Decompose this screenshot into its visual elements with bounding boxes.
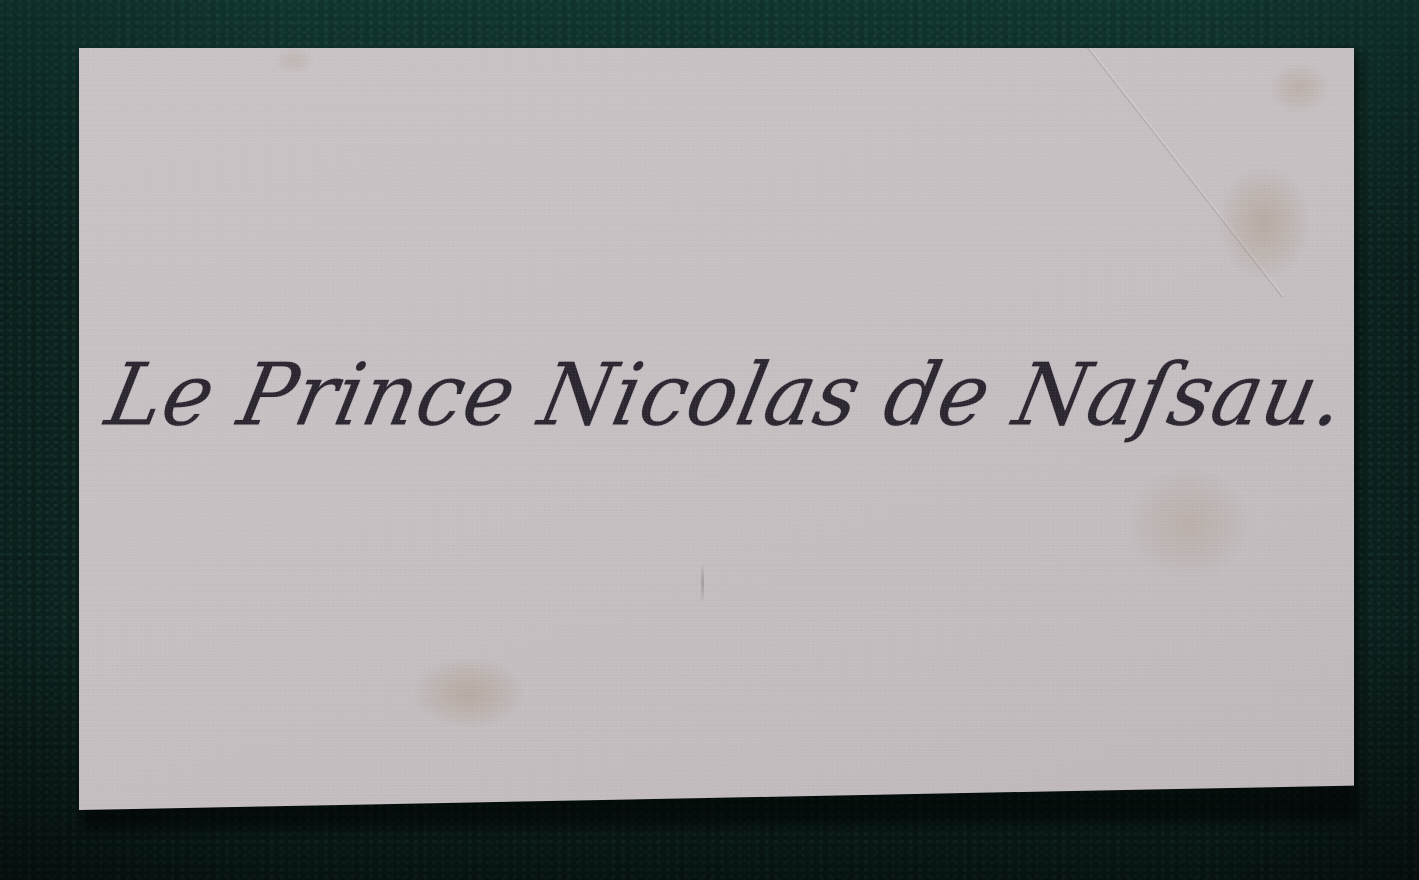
card-stain — [414, 658, 524, 728]
card-stain — [274, 48, 314, 73]
card-name-text: Le Prince Nicolas de Naſsau. — [79, 346, 1354, 446]
card-stain — [1129, 468, 1249, 578]
card-stain — [1219, 168, 1309, 278]
card-stain — [1269, 63, 1329, 113]
calling-card: Le Prince Nicolas de Naſsau. — [79, 48, 1354, 810]
card-mark — [701, 563, 704, 603]
